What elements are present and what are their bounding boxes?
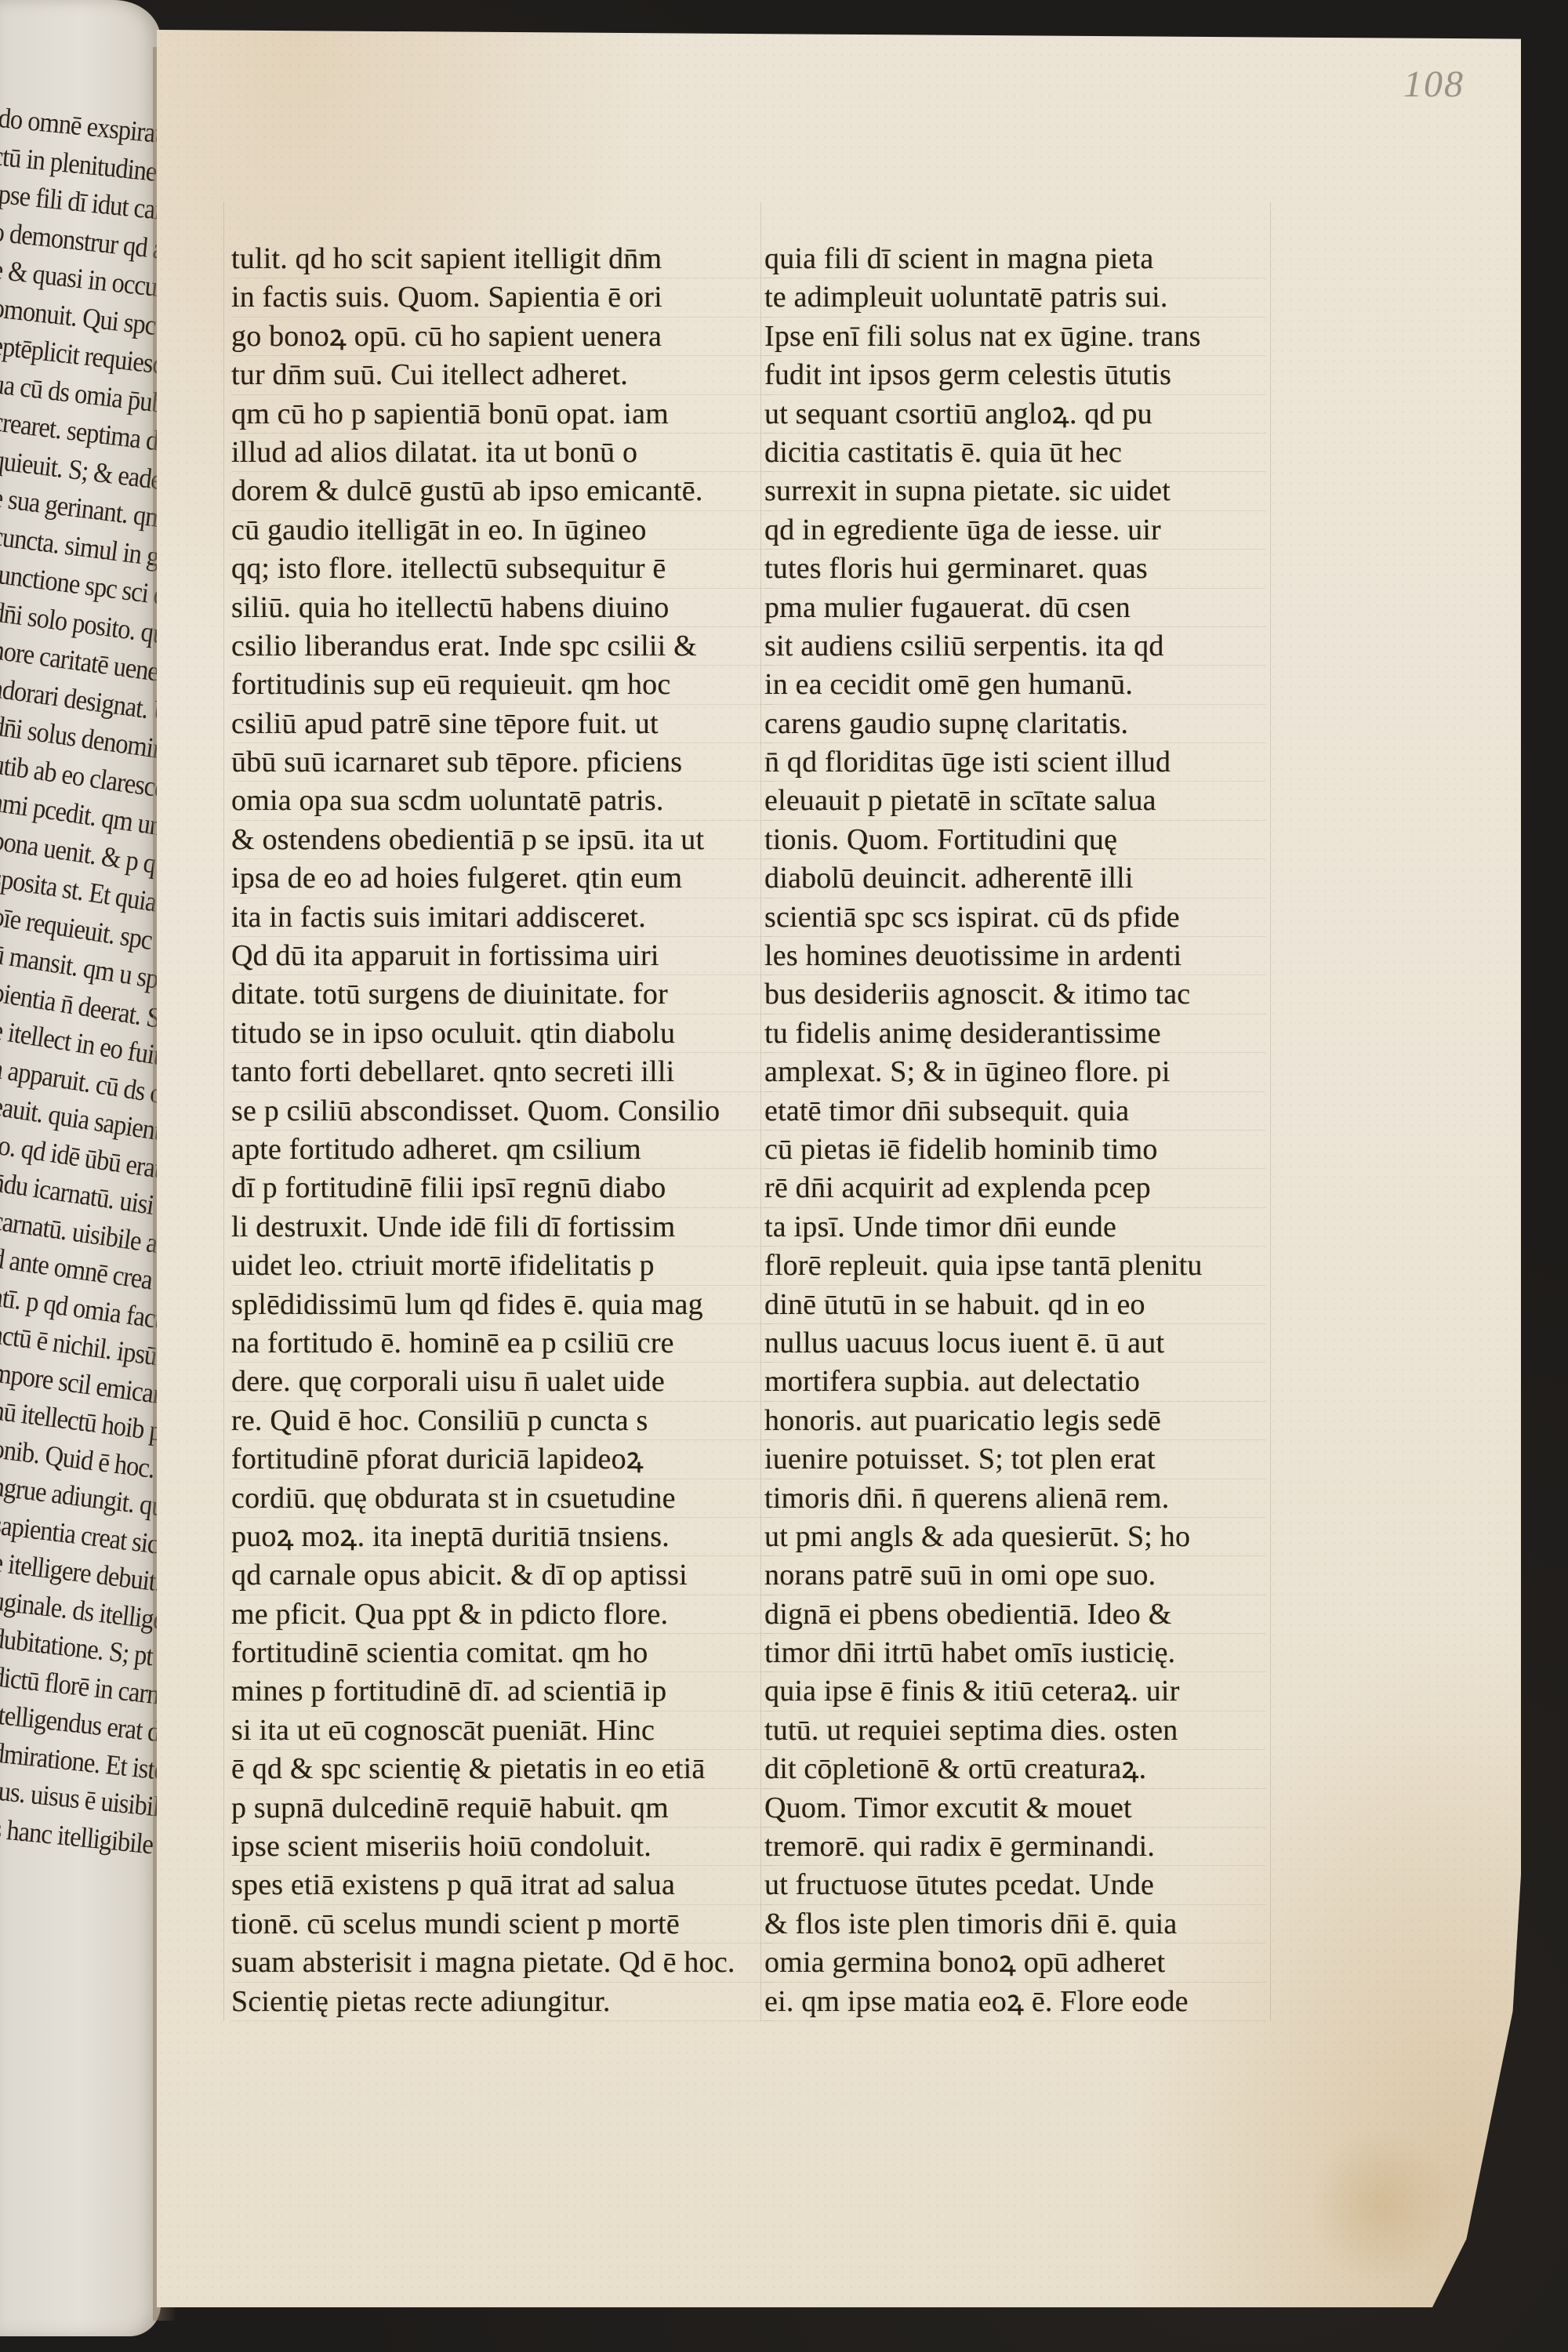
manuscript-line: ditate. totū surgens de diuinitate. for xyxy=(231,975,772,1014)
manuscript-line: honoris. aut puaricatio legis sedē xyxy=(764,1402,1266,1440)
manuscript-line: ut pmi angls & ada quesierūt. S; ho xyxy=(764,1518,1266,1556)
manuscript-line: mines p fortitudinē dī. ad scientiā ip xyxy=(231,1672,772,1711)
manuscript-line: bus desideriis agnoscit. & itimo tac xyxy=(764,975,1266,1014)
manuscript-line: titudo se in ipso oculuit. qtin diabolu xyxy=(231,1014,772,1053)
manuscript-line: les homines deuotissime in ardenti xyxy=(764,937,1266,975)
manuscript-line: mortifera supbia. aut delectatio xyxy=(764,1363,1266,1401)
manuscript-line: pma mulier fugauerat. dū csen xyxy=(764,589,1266,627)
text-column-right: quia fili dī scient in magna pietate adi… xyxy=(764,240,1266,2021)
manuscript-line: re. Quid ē hoc. Consiliū p cuncta s xyxy=(231,1402,772,1440)
manuscript-line: nullus uacuus locus iuent ē. ū aut xyxy=(764,1324,1266,1363)
manuscript-line: ei. qm ipse matia eoꝝ ē. Flore eode xyxy=(764,1983,1266,2021)
manuscript-line: fortitudinē pforat duriciā lapideoꝝ xyxy=(231,1440,772,1479)
manuscript-line: ūbū suū icarnaret sub tēpore. pficiens xyxy=(231,743,772,782)
manuscript-line: puoꝝ moꝝ. ita ineptā duritiā tnsiens. xyxy=(231,1518,772,1556)
manuscript-line: etatē timor dn̄i subsequit. quia xyxy=(764,1092,1266,1131)
manuscript-line: na fortitudo ē. hominē ea p csiliū cre xyxy=(231,1324,772,1363)
manuscript-line: tutū. ut requiei septima dies. osten xyxy=(764,1711,1266,1750)
manuscript-line: dī p fortitudinē filii ipsī regnū diabo xyxy=(231,1169,772,1207)
manuscript-line: quia fili dī scient in magna pieta xyxy=(764,240,1266,278)
manuscript-line: ē qd & spc scientię & pietatis in eo eti… xyxy=(231,1750,772,1788)
manuscript-line: diabolū deuincit. adherentē illi xyxy=(764,859,1266,898)
manuscript-line: omia opa sua scdm uoluntatē patris. xyxy=(231,782,772,820)
ruling-line xyxy=(1270,202,1271,2021)
manuscript-line: apte fortitudo adheret. qm csilium xyxy=(231,1131,772,1169)
manuscript-line: tutes floris hui germinaret. quas xyxy=(764,550,1266,588)
manuscript-line: fudit int ipsos germ celestis ūtutis xyxy=(764,356,1266,394)
manuscript-line: cū gaudio itelligāt in eo. In ūgineo xyxy=(231,511,772,550)
manuscript-line: ita in factis suis imitari addisceret. xyxy=(231,898,772,937)
manuscript-line: dere. quę corporali uisu n̄ ualet uide xyxy=(231,1363,772,1401)
manuscript-line: & flos iste plen timoris dn̄i ē. quia xyxy=(764,1905,1266,1944)
manuscript-line: n̄ qd floriditas ūge isti scient illud xyxy=(764,743,1266,782)
manuscript-line: surrexit in supna pietate. sic uidet xyxy=(764,472,1266,510)
manuscript-line: p supnā dulcedinē requiē habuit. qm xyxy=(231,1789,772,1828)
manuscript-line: ta ipsī. Unde timor dn̄i eunde xyxy=(764,1208,1266,1247)
manuscript-line: sit audiens csiliū serpentis. ita qd xyxy=(764,627,1266,666)
manuscript-line: florē repleuit. quia ipse tantā plenitu xyxy=(764,1247,1266,1285)
manuscript-line: csilio liberandus erat. Inde spc csilii … xyxy=(231,627,772,666)
manuscript-line: norans patrē suū in omi ope suo. xyxy=(764,1556,1266,1595)
verso-text-fragment: ido omnē exspirationectū in plenitudine … xyxy=(0,98,161,1847)
manuscript-line: qd in egrediente ūga de iesse. uir xyxy=(764,511,1266,550)
manuscript-line: tionē. cū scelus mundi scient p mortē xyxy=(231,1905,772,1944)
manuscript-line: in ea cecidit omē gen humanū. xyxy=(764,666,1266,704)
manuscript-line: csiliū apud patrē sine tēpore fuit. ut xyxy=(231,705,772,743)
ruling-line xyxy=(223,202,224,2021)
recto-page: 108 tulit. qd ho scit sapient itelligit … xyxy=(157,30,1521,2307)
manuscript-line: dignā ei pbens obedientiā. Ideo & xyxy=(764,1595,1266,1634)
manuscript-line: si ita ut eū cognoscāt pueniāt. Hinc xyxy=(231,1711,772,1750)
manuscript-line: go bonoꝝ opū. cū ho sapient uenera xyxy=(231,318,772,356)
manuscript-line: me pficit. Qua ppt & in pdicto flore. xyxy=(231,1595,772,1634)
text-column-left: tulit. qd ho scit sapient itelligit dn̄m… xyxy=(231,240,772,2021)
parchment-stain xyxy=(1309,2127,1450,2284)
manuscript-line: timoris dn̄i. n̄ querens alienā rem. xyxy=(764,1479,1266,1518)
manuscript-line: splēdidissimū lum qd fides ē. quia mag xyxy=(231,1286,772,1324)
manuscript-line: quia ipse ē finis & itiū ceteraꝝ. uir xyxy=(764,1672,1266,1711)
manuscript-line: ut fructuose ūtutes pcedat. Unde xyxy=(764,1866,1266,1904)
manuscript-line: tremorē. qui radix ē germinandi. xyxy=(764,1828,1266,1866)
manuscript-line: & ostendens obedientiā p se ipsū. ita ut xyxy=(231,821,772,859)
manuscript-line: Quom. Timor excutit & mouet xyxy=(764,1789,1266,1828)
manuscript-line: ipse scient miseriis hoiū condoluit. xyxy=(231,1828,772,1866)
manuscript-line: te adimpleuit uoluntatē patris sui. xyxy=(764,278,1266,317)
manuscript-line: rē dn̄i acquirit ad explenda pcep xyxy=(764,1169,1266,1207)
manuscript-line: siliū. quia ho itellectū habens diuino xyxy=(231,589,772,627)
manuscript-line: eleuauit p pietatē in scītate salua xyxy=(764,782,1266,820)
manuscript-line: fortitudinis sup eū requieuit. qm hoc xyxy=(231,666,772,704)
manuscript-line: suam absterisit i magna pietate. Qd ē ho… xyxy=(231,1944,772,1982)
manuscript-line: dinē ūtutū in se habuit. qd in eo xyxy=(764,1286,1266,1324)
manuscript-line: dit cōpletionē & ortū creaturaꝝ. xyxy=(764,1750,1266,1788)
manuscript-line: iuenire potuisset. S; tot plen erat xyxy=(764,1440,1266,1479)
manuscript-line: se p csiliū abscondisset. Quom. Consilio xyxy=(231,1092,772,1131)
manuscript-line: qm cū ho p sapientiā bonū opat. iam xyxy=(231,395,772,434)
manuscript-line: tulit. qd ho scit sapient itelligit dn̄m xyxy=(231,240,772,278)
manuscript-line: ut sequant csortiū angloꝝ. qd pu xyxy=(764,395,1266,434)
manuscript-line: tanto forti debellaret. qnto secreti ill… xyxy=(231,1053,772,1091)
manuscript-line: carens gaudio supnę claritatis. xyxy=(764,705,1266,743)
manuscript-line: scientiā spc scs ispirat. cū ds pfide xyxy=(764,898,1266,937)
manuscript-line: dorem & dulcē gustū ab ipso emicantē. xyxy=(231,472,772,510)
manuscript-line: fortitudinē scientia comitat. qm ho xyxy=(231,1634,772,1672)
manuscript-line: tu fidelis animę desiderantissime xyxy=(764,1014,1266,1053)
manuscript-line: qd carnale opus abicit. & dī op aptissi xyxy=(231,1556,772,1595)
manuscript-line: Qd dū ita apparuit in fortissima uiri xyxy=(231,937,772,975)
manuscript-line: in factis suis. Quom. Sapientia ē ori xyxy=(231,278,772,317)
manuscript-line: spes etiā existens p quā itrat ad salua xyxy=(231,1866,772,1904)
manuscript-line: amplexat. S; & in ūgineo flore. pi xyxy=(764,1053,1266,1091)
manuscript-line: cū pietas iē fidelib hominib timo xyxy=(764,1131,1266,1169)
manuscript-line: Scientię pietas recte adiungitur. xyxy=(231,1983,772,2021)
manuscript-line: uidet leo. ctriuit mortē ifidelitatis p xyxy=(231,1247,772,1285)
manuscript-line: ipsa de eo ad hoies fulgeret. qtin eum xyxy=(231,859,772,898)
manuscript-line: Ipse enī fili solus nat ex ūgine. trans xyxy=(764,318,1266,356)
manuscript-line: tionis. Quom. Fortitudini quę xyxy=(764,821,1266,859)
manuscript-line: tur dn̄m suū. Cui itellect adheret. xyxy=(231,356,772,394)
manuscript-line: li destruxit. Unde idē fili dī fortissim xyxy=(231,1208,772,1247)
manuscript-line: illud ad alios dilatat. ita ut bonū o xyxy=(231,434,772,472)
manuscript-line: qq; isto flore. itellectū subsequitur ē xyxy=(231,550,772,588)
manuscript-line: omia germina bonoꝝ opū adheret xyxy=(764,1944,1266,1982)
manuscript-line: cordiū. quę obdurata st in csuetudine xyxy=(231,1479,772,1518)
facing-verso-page: ido omnē exspirationectū in plenitudine … xyxy=(0,0,161,2336)
folio-number: 108 xyxy=(1403,63,1465,106)
manuscript-line: timor dn̄i itrtū habet omīs iusticię. xyxy=(764,1634,1266,1672)
manuscript-line: dicitia castitatis ē. quia ūt hec xyxy=(764,434,1266,472)
